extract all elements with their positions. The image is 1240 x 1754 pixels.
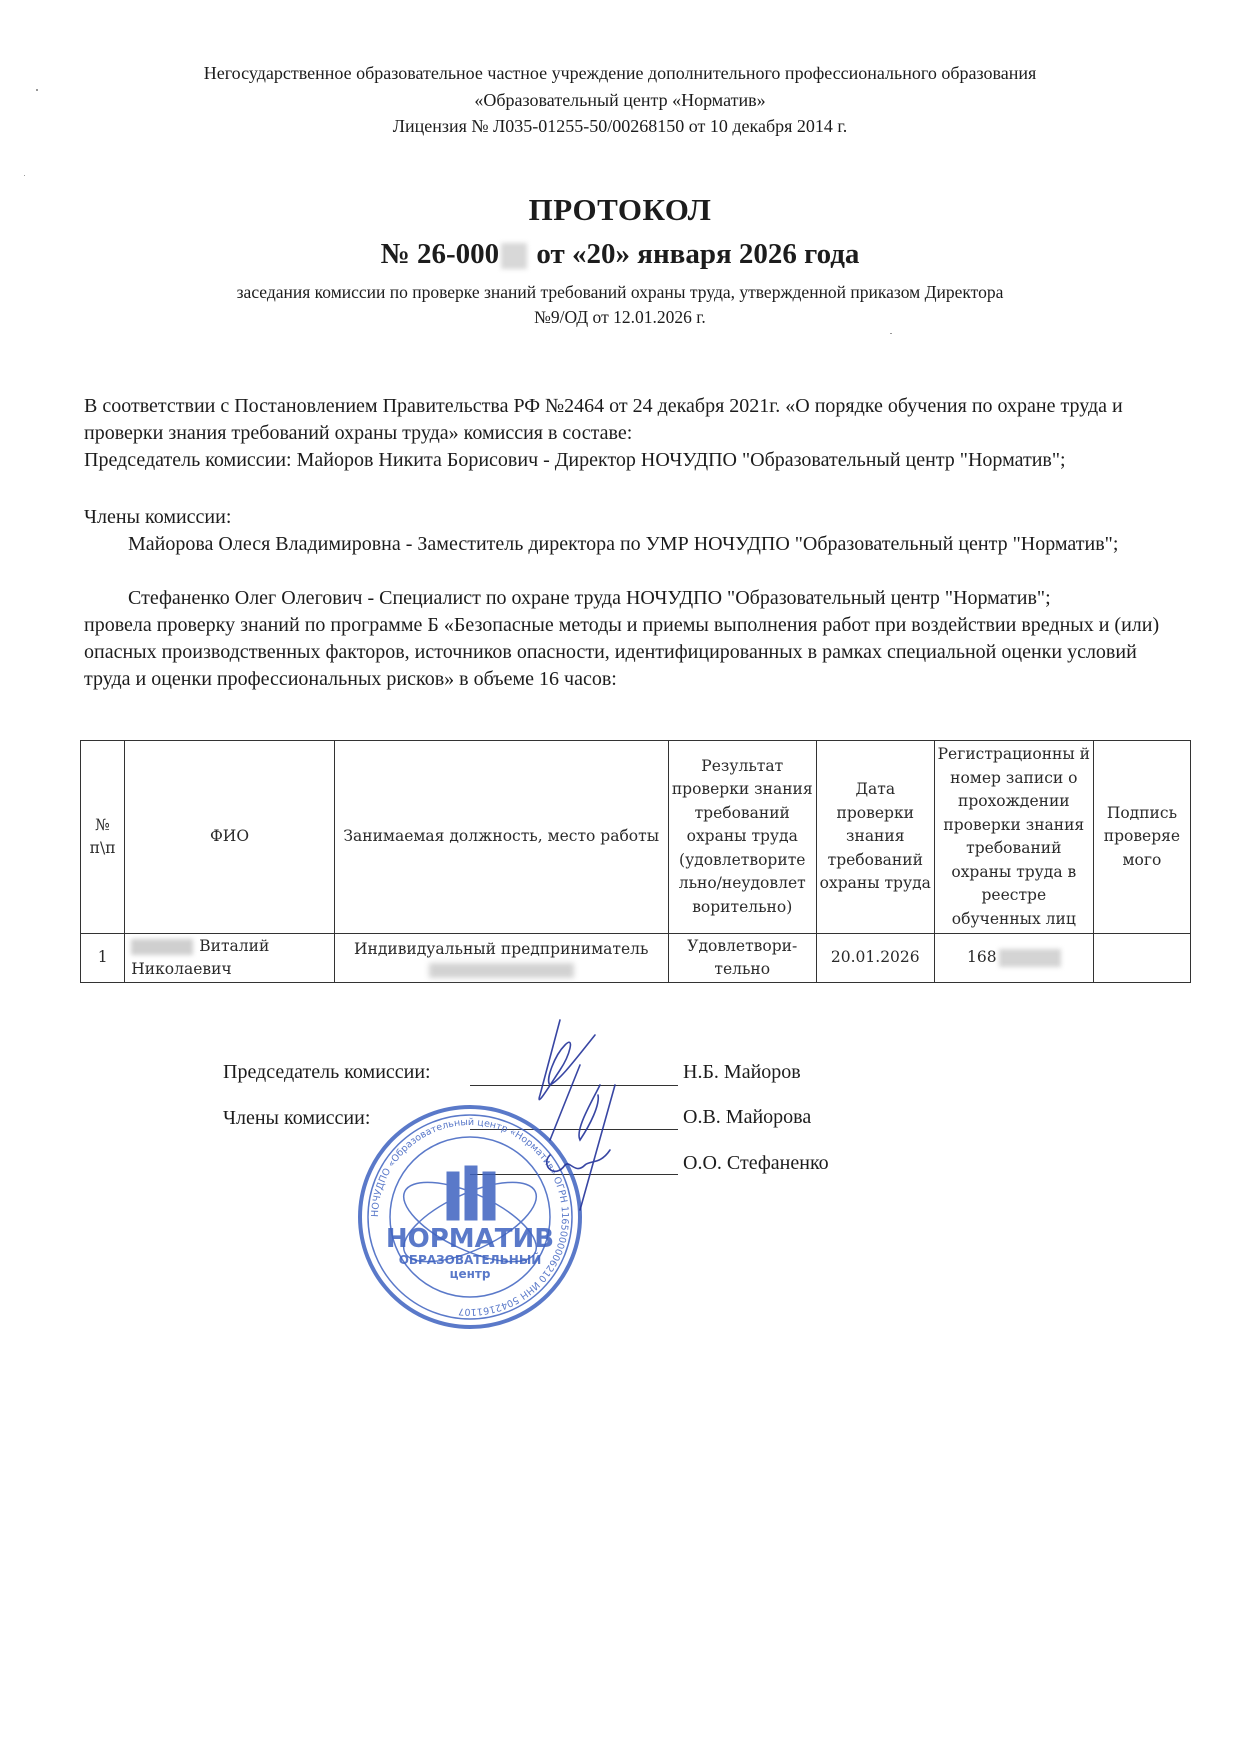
chairman-paragraph: Председатель комиссии: Майоров Никита Бо… — [84, 447, 1164, 474]
header-reg-number: Регистрационны й номер записи о прохожде… — [934, 741, 1093, 934]
table-row: 1 Виталий Николаевич Индивидуальный пред… — [81, 934, 1191, 983]
scan-speck — [24, 175, 25, 176]
signatory-name-2: О.В. Майорова — [683, 1106, 811, 1129]
protocol-date: от «20» января 2026 года — [536, 238, 859, 270]
handwritten-signature-icon — [520, 1015, 670, 1215]
cell-number: 1 — [81, 934, 125, 983]
svg-text:центр: центр — [450, 1267, 491, 1281]
reg-number-prefix: 168 — [967, 948, 997, 966]
description-line2: №9/ОД от 12.01.2026 г. — [100, 305, 1140, 330]
program-paragraph: провела проверку знаний по программе Б «… — [84, 612, 1164, 693]
cell-reg-number: 168 — [934, 934, 1093, 983]
header-position: Занимаемая должность, место работы — [334, 741, 668, 934]
table-header-row: № п\п ФИО Занимаемая должность, место ра… — [81, 741, 1191, 934]
signatory-name-3: О.О. Стефаненко — [683, 1152, 829, 1175]
svg-text:НОРМАТИВ: НОРМАТИВ — [386, 1224, 554, 1254]
svg-text:ОБРАЗОВАТЕЛЬНЫЙ: ОБРАЗОВАТЕЛЬНЫЙ — [399, 1252, 542, 1267]
header-date: Дата проверки знания требований охраны т… — [816, 741, 934, 934]
member-2: Стефаненко Олег Олегович - Специалист по… — [128, 585, 1188, 612]
protocol-number-prefix: № 26-000 — [381, 238, 500, 270]
redacted-reg-number — [999, 949, 1061, 967]
scan-speck — [36, 89, 38, 91]
redacted-surname — [131, 939, 193, 955]
header-number: № п\п — [81, 741, 125, 934]
position-text: Индивидуальный предприниматель — [354, 940, 648, 958]
redacted-employer — [429, 963, 574, 978]
chairman-signature-label: Председатель комиссии: — [223, 1061, 431, 1084]
results-table: № п\п ФИО Занимаемая должность, место ра… — [80, 740, 1191, 983]
cell-signature — [1093, 934, 1190, 983]
document-title: ПРОТОКОЛ — [0, 192, 1240, 228]
intro-paragraph: В соответствии с Постановлением Правител… — [84, 393, 1164, 447]
members-signature-label: Члены комиссии: — [223, 1107, 370, 1130]
cell-result: Удовлетвори- тельно — [668, 934, 816, 983]
license-line: Лицензия № Л035-01255-50/00268150 от 10 … — [0, 117, 1240, 135]
protocol-number: № 26-000 от «20» января 2026 года — [0, 238, 1240, 271]
scan-speck — [890, 333, 892, 334]
organization-short-name: «Образовательный центр «Норматив» — [0, 91, 1240, 109]
protocol-description: заседания комиссии по проверке знаний тр… — [100, 280, 1140, 330]
redacted-digits — [501, 243, 527, 269]
cell-date: 20.01.2026 — [816, 934, 934, 983]
header-result: Результат проверки знания требований охр… — [668, 741, 816, 934]
cell-position: Индивидуальный предприниматель — [334, 934, 668, 983]
header-fio: ФИО — [125, 741, 334, 934]
member-1: Майорова Олеся Владимировна - Заместител… — [128, 531, 1168, 558]
header-signature: Подпись проверяе мого — [1093, 741, 1190, 934]
cell-fio: Виталий Николаевич — [125, 934, 334, 983]
organization-name: Негосударственное образовательное частно… — [0, 64, 1240, 82]
signatory-name-1: Н.Б. Майоров — [683, 1061, 801, 1084]
description-line1: заседания комиссии по проверке знаний тр… — [100, 280, 1140, 305]
members-label: Члены комиссии: — [84, 504, 1164, 531]
